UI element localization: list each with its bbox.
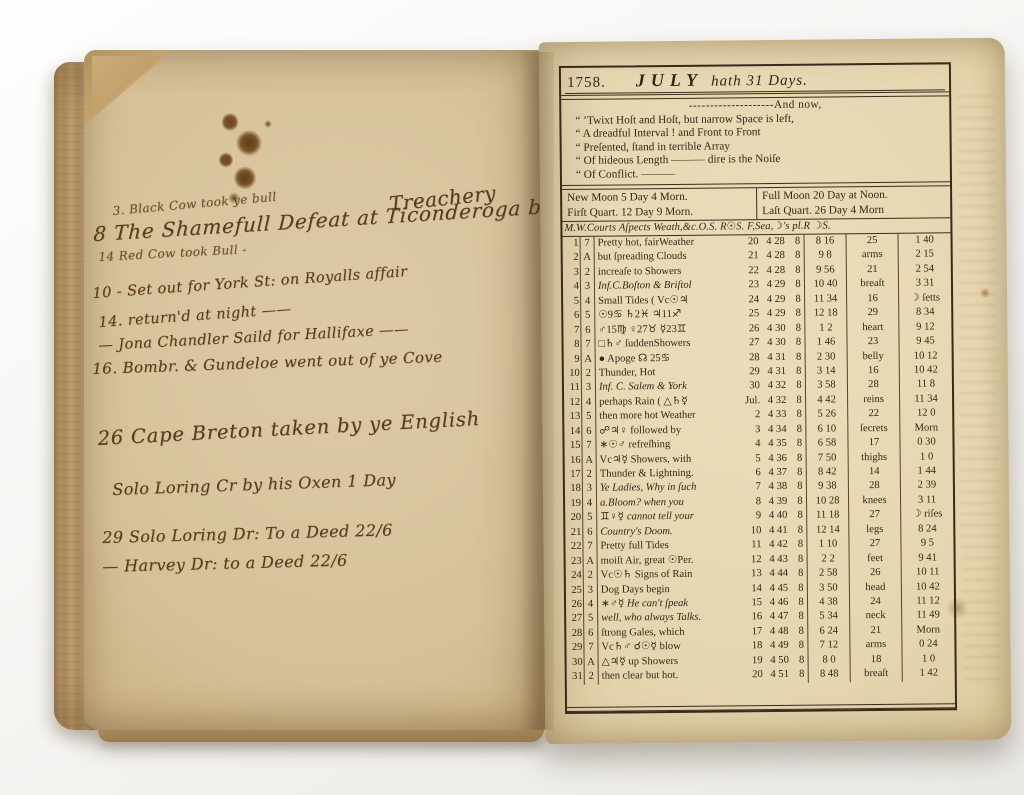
aspects-weather: ☍♃♀ followed by: [596, 423, 738, 439]
sun-rise: 4 43: [763, 552, 795, 567]
sun-rise: 4 44: [763, 567, 795, 582]
moon-rise-set: 8 24: [901, 522, 953, 537]
old-style-day: 20: [741, 668, 764, 683]
almanac-book-photo: 3. Black Cow took ye bullTreachery8 The …: [0, 0, 1024, 795]
aspects-weather: □♄♂ ſuddenShowers: [595, 336, 737, 352]
day-of-week: 3: [583, 583, 598, 598]
day-of-month: 23: [566, 554, 583, 569]
aspects-weather: then more hot Weather: [596, 409, 738, 425]
moon-rise-set: 2 15: [899, 248, 951, 263]
moons-place: 24: [850, 595, 902, 610]
aspects-weather: Vc♃☿ Showers, with: [597, 452, 739, 468]
sun-set: 8: [795, 596, 808, 611]
sun-set: 8: [794, 509, 807, 524]
old-style-day: 5: [739, 452, 762, 467]
sun-set: 8: [793, 365, 806, 380]
sun-rise: 4 46: [763, 596, 795, 611]
left-page: [84, 50, 548, 730]
aspects-weather: Vc☉♄ Signs of Rain: [598, 567, 740, 583]
old-style-day: 25: [737, 307, 760, 322]
day-of-week: 4: [580, 294, 595, 309]
moon-rise-set: 9 45: [899, 334, 951, 349]
day-of-week: 6: [583, 627, 598, 642]
day-of-month: 12: [564, 396, 581, 411]
full-sea: 1 46: [805, 335, 847, 350]
moons-place: arms: [850, 638, 902, 653]
old-style-day: 3: [738, 423, 761, 438]
full-sea: 12 18: [805, 306, 847, 321]
aspects-weather: ♂15♍ ♀27♉ ☿23♊: [595, 322, 737, 338]
moon-rise-set: 12 0: [900, 407, 952, 422]
sun-set: 8: [795, 581, 808, 596]
full-sea: 4 38: [808, 595, 850, 610]
day-of-week: 7: [583, 641, 598, 656]
sun-rise: 4 45: [763, 581, 795, 596]
aspects-weather: Pretty hot, fairWeather: [595, 235, 737, 251]
calendar-rows: 17Pretty hot, fairWeather204 2888 16251 …: [563, 233, 955, 706]
sun-set: 8: [794, 523, 807, 538]
old-style-day: 29: [738, 365, 761, 380]
day-of-month: 10: [564, 367, 581, 382]
moon-phases-left: New Moon 5 Day 4 Morn. Firſt Quart. 12 D…: [562, 188, 756, 221]
sun-set: 8: [793, 394, 806, 409]
full-sea: 1 2: [805, 321, 847, 336]
first-quarter: Firſt Quart. 12 Day 9 Morn.: [567, 204, 756, 220]
day-of-week: 5: [582, 511, 597, 526]
full-sea: 11 18: [807, 509, 849, 524]
sun-set: 8: [792, 292, 805, 307]
day-of-week: 3: [580, 280, 595, 295]
moon-rise-set: 8 34: [899, 305, 951, 320]
full-sea: 5 26: [806, 408, 848, 423]
full-sea: 12 14: [807, 523, 849, 538]
moons-place: breaſt: [851, 667, 903, 682]
sun-set: 8: [792, 235, 805, 250]
day-of-month: 27: [566, 612, 583, 627]
sun-set: 8: [794, 480, 807, 495]
day-of-week: 4: [581, 396, 596, 411]
old-style-day: 12: [740, 553, 763, 568]
sun-rise: 4 35: [761, 437, 793, 452]
moons-place: legs: [849, 523, 901, 538]
sun-rise: 4 41: [762, 524, 794, 539]
old-style-day: 7: [739, 481, 762, 496]
day-of-month: 21: [565, 526, 582, 541]
moons-place: 25: [846, 234, 898, 249]
day-of-month: 16: [565, 453, 582, 468]
moon-rise-set: 3 11: [901, 493, 953, 508]
day-of-week: 7: [580, 237, 595, 252]
sun-rise: 4 40: [762, 509, 794, 524]
show-through-text: [957, 86, 1001, 686]
sun-set: 8: [793, 408, 806, 423]
day-of-month: 4: [563, 280, 580, 295]
full-sea: 7 50: [807, 451, 849, 466]
sun-rise: 4 36: [762, 451, 794, 466]
old-style-day: 8: [739, 495, 762, 510]
sun-set: 8: [793, 379, 806, 394]
full-sea: 8 16: [805, 234, 847, 249]
days-count-label: hath 31 Days.: [711, 73, 808, 91]
paper-stain: [979, 288, 991, 298]
aspects-weather: Inf. C. Salem & York: [596, 380, 738, 396]
day-of-month: 19: [565, 497, 582, 512]
sun-set: 8: [795, 552, 808, 567]
full-sea: 11 34: [805, 292, 847, 307]
moons-place: ſecrets: [848, 421, 900, 436]
ink-stain: [219, 152, 233, 168]
moons-place: reins: [848, 393, 900, 408]
sun-rise: 4 50: [764, 654, 796, 669]
day-of-week: 5: [580, 309, 595, 324]
aspects-weather: Thunder & Lightning.: [597, 466, 739, 482]
ink-stain: [236, 130, 262, 156]
day-of-month: 15: [564, 439, 581, 454]
moons-place: 17: [848, 436, 900, 451]
day-of-week: 6: [581, 424, 596, 439]
sun-rise: 4 30: [760, 336, 792, 351]
day-of-week: 5: [581, 410, 596, 425]
day-of-week: A: [584, 655, 599, 670]
moon-rise-set: 11 8: [900, 378, 952, 393]
almanac-calendar-table: 1758. JULY hath 31 Days. ---------------…: [559, 62, 957, 714]
moon-rise-set: 9 5: [901, 536, 953, 551]
old-style-day: 20: [737, 235, 760, 250]
old-style-day: 21: [737, 250, 760, 265]
aspects-weather: moiſt Air, great ☉Per.: [598, 553, 740, 569]
aspects-weather: Ye Ladies, Why in ſuch: [597, 481, 739, 497]
aspects-weather: increaſe to Showers: [595, 264, 737, 280]
sun-rise: 4 49: [763, 639, 795, 654]
aspects-weather: Small Tides ( Vc☉♃: [595, 293, 737, 309]
sun-rise: 4 42: [762, 538, 794, 553]
full-sea: 8 42: [807, 465, 849, 480]
day-of-month: 25: [566, 583, 583, 598]
calendar-title: 1758. JULY hath 31 Days.: [561, 64, 949, 93]
day-of-week: 2: [583, 569, 598, 584]
calendar-row: 312then clear but hot.204 5188 48breaſt1…: [567, 666, 955, 684]
day-of-month: 20: [565, 511, 582, 526]
moons-place: 23: [847, 335, 899, 350]
day-of-week: 6: [580, 323, 595, 338]
moon-rise-set: 11 34: [900, 392, 952, 407]
old-style-day: 23: [737, 278, 760, 293]
sun-rise: 4 28: [760, 264, 792, 279]
full-sea: 2 2: [808, 552, 850, 567]
moon-rise-set: ☽ ſetts: [899, 291, 951, 306]
sun-set: 8: [792, 321, 805, 336]
day-of-week: 2: [582, 468, 597, 483]
moons-place: 14: [849, 465, 901, 480]
full-sea: 6 10: [806, 422, 848, 437]
full-sea: 8 0: [809, 653, 851, 668]
sun-set: 8: [795, 567, 808, 582]
moon-rise-set: 10 42: [900, 363, 952, 378]
aspects-weather: ☉9♋ ♄2♓ ♃11♐: [595, 308, 737, 324]
day-of-week: 3: [581, 381, 596, 396]
ink-stain: [264, 120, 272, 128]
aspects-weather: ∗☉♂ refreſhing: [596, 437, 738, 453]
moons-place: head: [850, 580, 902, 595]
moons-place: feet: [850, 551, 902, 566]
full-sea: 10 40: [805, 278, 847, 293]
moon-rise-set: 3 31: [899, 277, 951, 292]
aspects-weather: ſtrong Gales, which: [598, 625, 740, 641]
moon-rise-set: 1 40: [898, 233, 950, 248]
day-of-week: A: [583, 554, 598, 569]
sun-rise: 4 28: [760, 249, 792, 264]
moons-place: 21: [847, 263, 899, 278]
aspects-weather: Vc♄♂ ☌☉☿ blow: [598, 640, 740, 656]
sun-set: 8: [794, 495, 807, 510]
poem-line: “ Of Conflict. ———: [570, 165, 942, 182]
old-style-day: 10: [739, 524, 762, 539]
sun-rise: 4 31: [761, 365, 793, 380]
old-style-day: 6: [739, 466, 762, 481]
sun-rise: 4 48: [763, 625, 795, 640]
moons-place: 16: [848, 364, 900, 379]
day-of-month: 31: [567, 670, 584, 685]
moon-rise-set: Morn: [902, 623, 954, 638]
moon-rise-set: 1 0: [901, 450, 953, 465]
day-of-month: 6: [563, 309, 580, 324]
moon-rise-set: 2 39: [901, 479, 953, 494]
moon-phases: New Moon 5 Day 4 Morn. Firſt Quart. 12 D…: [562, 186, 950, 221]
moons-place: heart: [847, 320, 899, 335]
sun-set: 8: [795, 610, 808, 625]
aspects-weather: Dog Days begin: [598, 582, 740, 598]
sun-rise: 4 33: [761, 408, 793, 423]
sun-rise: 4 32: [761, 394, 793, 409]
aspects-weather: Thunder, Hot: [596, 365, 738, 381]
sun-set: 8: [794, 538, 807, 553]
aspects-weather: then clear but hot.: [599, 668, 741, 684]
moon-rise-set: 11 12: [902, 594, 954, 609]
old-style-day: 17: [740, 625, 763, 640]
sun-rise: 4 51: [764, 668, 796, 683]
sun-set: 8: [792, 336, 805, 351]
old-style-day: Jul.: [738, 394, 761, 409]
sun-rise: 4 29: [760, 293, 792, 308]
aspects-weather: Pretty full Tides: [597, 539, 739, 555]
old-style-day: 22: [737, 264, 760, 279]
aspects-weather: Country's Doom.: [597, 524, 739, 540]
full-sea: 7 12: [808, 639, 850, 654]
day-of-week: 2: [580, 266, 595, 281]
day-of-month: 24: [566, 569, 583, 584]
sun-set: 8: [792, 278, 805, 293]
year-label: 1758.: [567, 75, 606, 92]
moon-rise-set: 0 30: [900, 435, 952, 450]
day-of-month: 29: [566, 641, 583, 656]
moon-rise-set: 2 54: [899, 262, 951, 277]
moons-place: 29: [847, 306, 899, 321]
day-of-month: 5: [563, 295, 580, 310]
moon-rise-set: 10 42: [902, 580, 954, 595]
day-of-month: 9: [564, 352, 581, 367]
day-of-week: 7: [580, 338, 595, 353]
sun-rise: 4 38: [762, 480, 794, 495]
old-style-day: 9: [739, 509, 762, 524]
full-sea: 4 42: [806, 393, 848, 408]
aspects-weather: perhaps Rain ( △♄☿: [596, 394, 738, 410]
full-sea: 1 10: [807, 537, 849, 552]
sun-rise: 4 47: [763, 610, 795, 625]
sun-rise: 4 30: [760, 321, 792, 336]
old-style-day: 14: [740, 582, 763, 597]
full-sea: 9 38: [807, 480, 849, 495]
day-of-week: 7: [582, 540, 597, 555]
day-of-week: 5: [583, 612, 598, 627]
aspects-weather: ♊♀☿ cannot tell your: [597, 510, 739, 526]
full-sea: 6 58: [806, 436, 848, 451]
old-style-day: 16: [740, 610, 763, 625]
day-of-month: 28: [566, 627, 583, 642]
day-of-month: 2: [563, 251, 580, 266]
sun-set: 8: [792, 307, 805, 322]
old-style-day: 26: [737, 322, 760, 337]
moons-place: thighs: [849, 450, 901, 465]
day-of-week: 3: [582, 482, 597, 497]
full-sea: 2 58: [808, 566, 850, 581]
moon-phases-right: Full Moon 20 Day at Noon. Laſt Quart. 26…: [756, 186, 950, 219]
day-of-week: 4: [583, 598, 598, 613]
moon-rise-set: 1 44: [901, 464, 953, 479]
aspects-weather: Inf.C.Boſton & Briſtol: [595, 279, 737, 295]
old-style-day: 30: [738, 380, 761, 395]
sun-rise: 4 31: [761, 350, 793, 365]
sun-rise: 4 29: [760, 278, 792, 293]
day-of-month: 18: [565, 482, 582, 497]
moons-place: 18: [851, 652, 903, 667]
day-of-week: 2: [581, 367, 596, 382]
day-of-week: A: [582, 453, 597, 468]
old-style-day: 18: [740, 639, 763, 654]
moon-rise-set: 9 41: [902, 551, 954, 566]
sun-set: 8: [795, 625, 808, 640]
aspects-weather: ● Apoge ☊ 25♋: [596, 351, 738, 367]
sun-set: 8: [794, 466, 807, 481]
old-style-day: 24: [737, 293, 760, 308]
moon-rise-set: 1 0: [903, 652, 955, 667]
moon-rise-set: 0 24: [902, 638, 954, 653]
moons-place: 28: [848, 378, 900, 393]
moons-place: knees: [849, 494, 901, 509]
day-of-month: 30: [567, 656, 584, 671]
old-style-day: 4: [738, 437, 761, 452]
moons-place: 21: [850, 624, 902, 639]
moons-place: 27: [849, 508, 901, 523]
aspects-weather: a.Bloom? when you: [597, 495, 739, 511]
day-of-month: 8: [563, 338, 580, 353]
day-of-week: A: [580, 251, 595, 266]
old-style-day: 27: [737, 336, 760, 351]
moons-place: belly: [848, 349, 900, 364]
day-of-week: 7: [581, 439, 596, 454]
moon-rise-set: ☽ riſes: [901, 508, 953, 523]
sun-set: 8: [793, 437, 806, 452]
sun-rise: 4 32: [761, 379, 793, 394]
day-of-month: 13: [564, 410, 581, 425]
moons-place: 22: [848, 407, 900, 422]
sun-rise: 4 37: [762, 466, 794, 481]
poem-lines: “ ’Twixt Hoſt and Hoſt, but narrow Space…: [569, 111, 942, 182]
full-sea: 3 50: [808, 581, 850, 596]
day-of-month: 14: [564, 425, 581, 440]
full-sea: 8 48: [809, 667, 851, 682]
full-sea: 3 14: [806, 364, 848, 379]
old-style-day: 19: [741, 654, 764, 669]
sun-set: 8: [792, 249, 805, 264]
full-sea: 5 34: [808, 610, 850, 625]
day-of-month: 7: [563, 323, 580, 338]
old-style-day: 2: [738, 408, 761, 423]
moon-rise-set: Morn: [900, 421, 952, 436]
ink-stain: [222, 112, 238, 132]
full-sea: 9 56: [805, 263, 847, 278]
moons-place: 26: [850, 566, 902, 581]
moons-place: 27: [849, 537, 901, 552]
day-of-week: 6: [582, 525, 597, 540]
moons-place: neck: [850, 609, 902, 624]
day-of-month: 11: [564, 381, 581, 396]
old-style-day: 28: [738, 351, 761, 366]
full-sea: 6 24: [808, 624, 850, 639]
aspects-weather: △♃☿ up Showers: [599, 654, 741, 670]
aspects-weather: but ſpreading Clouds: [595, 250, 737, 266]
moon-rise-set: 10 11: [902, 565, 954, 580]
full-sea: 3 58: [806, 379, 848, 394]
day-of-month: 3: [563, 266, 580, 281]
old-style-day: 11: [739, 538, 762, 553]
day-of-week: 4: [582, 497, 597, 512]
sun-set: 8: [794, 451, 807, 466]
sun-rise: 4 34: [761, 423, 793, 438]
day-of-month: 26: [566, 598, 583, 613]
moons-place: 28: [849, 479, 901, 494]
aspects-weather: ∗♂☿ He can't ſpeak: [598, 596, 740, 612]
sun-set: 8: [795, 639, 808, 654]
old-style-day: 15: [740, 596, 763, 611]
moons-place: breaſt: [847, 277, 899, 292]
sun-set: 8: [792, 264, 805, 279]
moons-place: arms: [847, 248, 899, 263]
day-of-month: 17: [565, 468, 582, 483]
last-quarter: Laſt Quart. 26 Day 4 Morn: [762, 202, 950, 218]
day-of-week: 2: [584, 670, 599, 685]
sun-set: 8: [796, 653, 809, 668]
aspects-weather: well, who always Talks.: [598, 611, 740, 627]
sun-rise: 4 29: [760, 307, 792, 322]
binding-gutter-shadow: [520, 52, 554, 730]
moon-rise-set: 11 49: [902, 609, 954, 624]
full-sea: 2 30: [806, 350, 848, 365]
full-sea: 9 8: [805, 249, 847, 264]
sun-set: 8: [793, 350, 806, 365]
moons-place: 16: [847, 292, 899, 307]
sun-set: 8: [793, 422, 806, 437]
old-style-day: 13: [740, 567, 763, 582]
poem-block: --------------------And now, “ ’Twixt Ho…: [561, 96, 950, 184]
day-of-week: A: [581, 352, 596, 367]
sun-set: 8: [796, 668, 809, 683]
moon-rise-set: 1 42: [903, 666, 955, 681]
sun-rise: 4 39: [762, 495, 794, 510]
right-page: 1758. JULY hath 31 Days. ---------------…: [539, 38, 1012, 744]
moon-rise-set: 9 12: [899, 320, 951, 335]
full-sea: 10 28: [807, 494, 849, 509]
month-label: JULY: [636, 70, 704, 92]
